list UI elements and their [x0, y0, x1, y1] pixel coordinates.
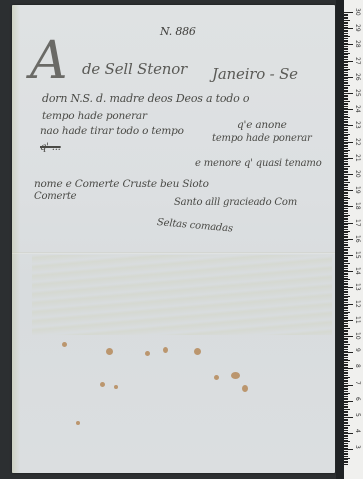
ruler-label: 11: [354, 316, 361, 324]
water-stain: [32, 255, 332, 335]
manuscript-line-2: dorn N.S. d. madre deos Deos a todo o: [42, 92, 249, 105]
foxing-spot: [194, 348, 201, 355]
ruler-label: 24: [354, 105, 361, 113]
ruler-label: 3: [354, 445, 361, 449]
ruler-label: 7: [354, 381, 361, 385]
foxing-spot: [114, 385, 118, 389]
ruler-label: 29: [354, 24, 361, 32]
foxing-spot: [100, 382, 105, 387]
manuscript-line-9: Seltas comadas: [157, 217, 234, 235]
ruler-label: 22: [354, 138, 361, 146]
ruler-label: 17: [354, 219, 361, 227]
foxing-spot: [76, 421, 80, 425]
ruler-label: 21: [354, 154, 361, 162]
ruler-label: 15: [354, 251, 361, 259]
foxing-spot: [106, 348, 113, 355]
manuscript-page: N. 886 A de Sell Stenor Janeiro - Se dor…: [12, 5, 335, 473]
ruler-label: 25: [354, 89, 361, 97]
manuscript-line-7b: Comerte: [34, 191, 76, 202]
ruler-label: 5: [354, 413, 361, 417]
ruler-label: 13: [354, 283, 361, 291]
ruler-label: 19: [354, 186, 361, 194]
manuscript-line-struck: q' ...: [40, 142, 61, 153]
ruler-label: 26: [354, 73, 361, 81]
reference-number: N. 886: [160, 25, 196, 38]
ruler-label: 9: [354, 348, 361, 352]
ruler-label: 28: [354, 40, 361, 48]
ruler-label: 16: [354, 235, 361, 243]
foxing-spot: [62, 342, 67, 347]
manuscript-line-4: nao hade tirar todo o tempo: [40, 125, 184, 137]
measurement-ruler: 3029282726252423222120191817161514131211…: [344, 0, 363, 479]
foxing-spot: [214, 375, 219, 380]
manuscript-line-5b: tempo hade ponerar: [212, 133, 312, 144]
ruler-edge: [336, 0, 344, 479]
ruler-label: 4: [354, 429, 361, 433]
ruler-label: 27: [354, 57, 361, 65]
manuscript-line-8: Santo alll gracieado Com: [174, 197, 297, 208]
manuscript-line-1b: Janeiro - Se: [212, 65, 298, 83]
ruler-label: 12: [354, 300, 361, 308]
ruler-label: 8: [354, 364, 361, 368]
decorated-initial: A: [30, 35, 68, 87]
ruler-label: 6: [354, 397, 361, 401]
manuscript-line-3: tempo hade ponerar: [42, 110, 147, 122]
foxing-spot: [163, 347, 168, 353]
manuscript-line-7: nome e Comerte Cruste beu Sioto: [34, 178, 209, 190]
ruler-label: 23: [354, 121, 361, 129]
ruler-label: 10: [354, 332, 361, 340]
manuscript-line-4b: q'e anone: [237, 119, 287, 131]
foxing-spot: [242, 385, 248, 392]
foxing-spot: [231, 372, 240, 379]
manuscript-line-1: de Sell Stenor: [82, 60, 187, 78]
ruler-label: 20: [354, 170, 361, 178]
ruler-label: 14: [354, 267, 361, 275]
ruler-tick: [344, 464, 348, 465]
ruler-label: 18: [354, 202, 361, 210]
ruler-label: 30: [354, 8, 361, 16]
manuscript-line-6: e menore q' quasi tenamo: [195, 158, 322, 169]
foxing-spot: [145, 351, 150, 356]
paper-fold: [12, 252, 335, 254]
